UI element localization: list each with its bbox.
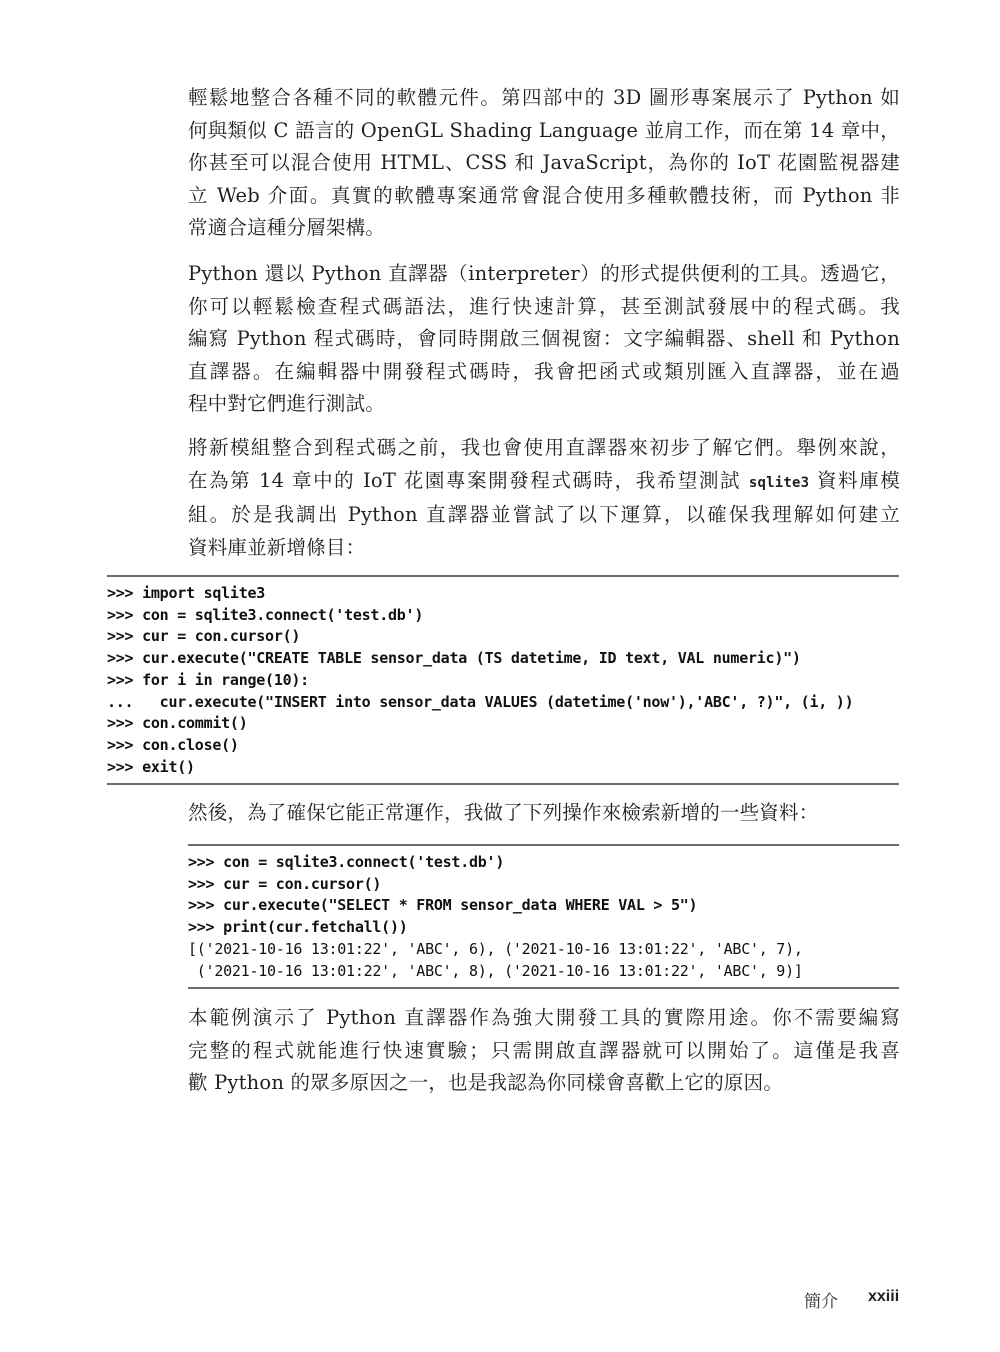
text-line: 程中對它們進行測試。 [188,388,900,421]
text-line: 組。於是我調出 Python 直譯器並嘗試了以下運算，以確保我理解如何建立 [188,499,900,532]
book-page: 輕鬆地整合各種不同的軟體元件。第四部中的 3D 圖形專案展示了 Python 如… [0,0,1000,1352]
code-line: >>> cur.execute("SELECT * FROM sensor_da… [188,895,899,917]
code-line: >>> con.commit() [107,713,899,735]
text-line: 常適合這種分層架構。 [188,212,900,245]
text-line: 你甚至可以混合使用 HTML、CSS 和 JavaScript，為你的 IoT … [188,147,900,180]
text-line: 輕鬆地整合各種不同的軟體元件。第四部中的 3D 圖形專案展示了 Python 如 [188,82,900,115]
text-segment: 資料庫模 [809,469,900,492]
text-line: 本範例演示了 Python 直譯器作為強大開發工具的實際用途。你不需要編寫 [188,1002,900,1035]
code-output-line: [('2021-10-16 13:01:22', 'ABC', 6), ('20… [188,939,899,961]
code-line: >>> con = sqlite3.connect('test.db') [188,852,899,874]
code-line: >>> con = sqlite3.connect('test.db') [107,605,899,627]
text-line: 直譯器。在編輯器中開發程式碼時，我會把函式或類別匯入直譯器，並在過 [188,356,900,389]
code-line: >>> print(cur.fetchall()) [188,917,899,939]
text-line-with-code: 在為第 14 章中的 IoT 花園專案開發程式碼時，我希望測試 sqlite3 … [188,465,900,500]
text-line: 資料庫並新增條目： [188,532,900,565]
text-line: 歡 Python 的眾多原因之一，也是我認為你同樣會喜歡上它的原因。 [188,1067,900,1100]
code-output-line: ('2021-10-16 13:01:22', 'ABC', 8), ('202… [188,961,899,983]
code-line: >>> cur = con.cursor() [107,626,899,648]
inline-code-sqlite3: sqlite3 [749,475,809,491]
text-line: 你可以輕鬆檢查程式碼語法，進行快速計算，甚至測試發展中的程式碼。我 [188,291,900,324]
code-line: >>> cur = con.cursor() [188,874,899,896]
page-footer: 簡介 xxiii [0,1287,1000,1313]
text-line: 何與類似 C 語言的 OpenGL Shading Language 並肩工作，… [188,115,900,148]
text-line: 完整的程式就能進行快速實驗；只需開啟直譯器就可以開始了。這僅是我喜 [188,1035,900,1068]
code-line: >>> for i in range(10): [107,670,899,692]
text-line: Python 還以 Python 直譯器（interpreter）的形式提供便利… [188,258,900,291]
code-line: >>> exit() [107,757,899,779]
code-line: ... cur.execute("INSERT into sensor_data… [107,692,899,714]
text-line: 立 Web 介面。真實的軟體專案通常會混合使用多種軟體技術，而 Python 非 [188,180,900,213]
paragraph-module-testing: 將新模組整合到程式碼之前，我也會使用直譯器來初步了解它們。舉例來說， 在為第 1… [188,432,900,564]
code-line: >>> import sqlite3 [107,583,899,605]
text-line: 然後，為了確保它能正常運作，我做了下列操作來檢索新增的一些資料： [188,797,900,830]
page-number: xxiii [868,1288,899,1306]
code-block-query-database: >>> con = sqlite3.connect('test.db') >>>… [188,844,899,989]
code-line: >>> cur.execute("CREATE TABLE sensor_dat… [107,648,899,670]
paragraph-verify-retrieval: 然後，為了確保它能正常運作，我做了下列操作來檢索新增的一些資料： [188,797,900,830]
code-line: >>> con.close() [107,735,899,757]
text-line: 編寫 Python 程式碼時，會同時開啟三個視窗：文字編輯器、shell 和 P… [188,323,900,356]
paragraph-conclusion: 本範例演示了 Python 直譯器作為強大開發工具的實際用途。你不需要編寫 完整… [188,1002,900,1100]
code-block-create-database: >>> import sqlite3 >>> con = sqlite3.con… [107,575,899,785]
paragraph-interpreter-tools: Python 還以 Python 直譯器（interpreter）的形式提供便利… [188,258,900,421]
text-segment: 在為第 14 章中的 IoT 花園專案開發程式碼時，我希望測試 [188,469,749,492]
paragraph-intro-integration: 輕鬆地整合各種不同的軟體元件。第四部中的 3D 圖形專案展示了 Python 如… [188,82,900,245]
text-line: 將新模組整合到程式碼之前，我也會使用直譯器來初步了解它們。舉例來說， [188,432,900,465]
footer-section-title: 簡介 [804,1287,838,1312]
